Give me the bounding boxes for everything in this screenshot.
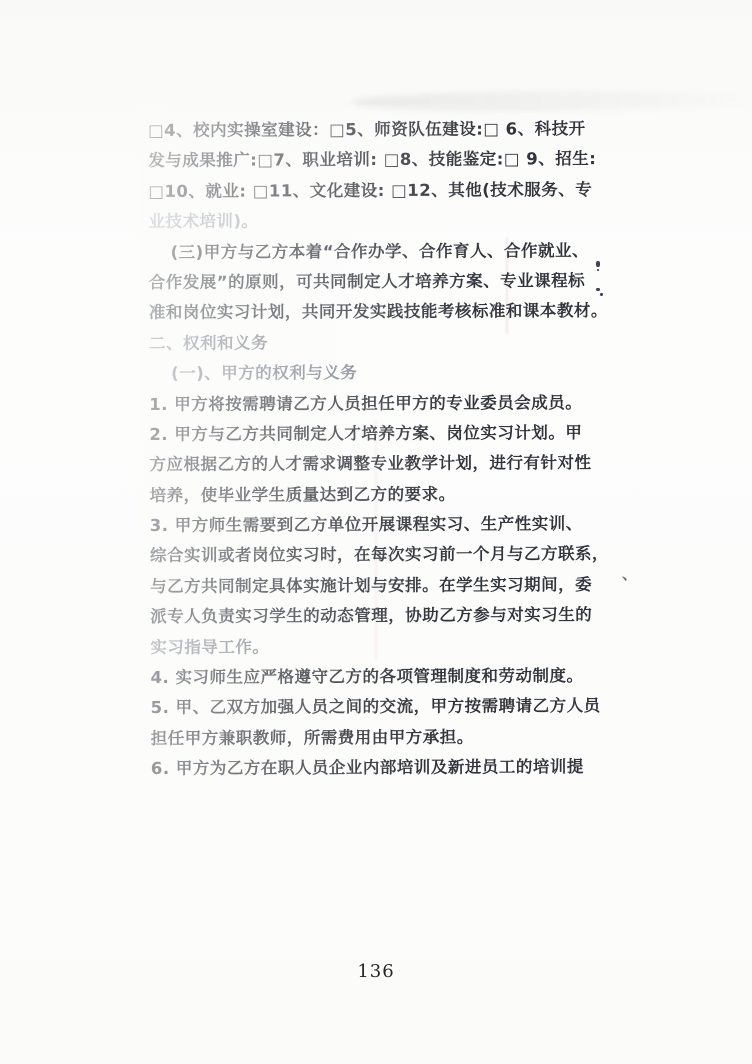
clause-3-duty-line: 派专人负责实习学生的动态管理，协助乙方参与对实习生的 <box>150 600 590 632</box>
ink-mark <box>596 261 600 267</box>
stray-punctuation-mark: 、 <box>622 563 637 584</box>
text-line: 业技术培训)。 <box>148 205 588 237</box>
clause-2-line: 2. 甲方与乙方共同制定人才培养方案、岗位实习计划。甲 <box>149 418 589 450</box>
clause-3-duty-line: 实习指导工作。 <box>150 631 590 663</box>
clause-3-line: 准和岗位实习计划，共同开发实践技能考核标准和课本教材。 <box>149 296 589 328</box>
clause-3-line: (三)甲方与乙方本着“合作办学、合作育人、合作就业、 <box>149 236 589 268</box>
ink-mark <box>600 293 603 296</box>
clause-1-line: 1. 甲方将按需聘请乙方人员担任甲方的专业委员会成员。 <box>149 388 589 420</box>
text-line: □4、校内实操室建设：□5、师资队伍建设:□ 6、科技开 <box>148 114 588 146</box>
clause-4-line: 4. 实习师生应严格遵守乙方的各项管理制度和劳动制度。 <box>150 661 590 693</box>
text-line: 发与成果推广:□7、职业培训: □8、技能鉴定:□ 9、招生: <box>148 144 588 176</box>
clause-5-line: 5. 甲、乙双方加强人员之间的交流，甲方按需聘请乙方人员 <box>151 691 591 723</box>
clause-3-duty-line: 3. 甲方师生需要到乙方单位开展课程实习、生产性实训、 <box>150 509 590 541</box>
clause-3-line: 合作发展”的原则，可共同制定人才培养方案、专业课程标 <box>149 266 589 298</box>
section-heading-rights-obligations: 二、权利和义务 <box>149 327 589 359</box>
clause-5-line: 担任甲方兼职教师，所需费用由甲方承担。 <box>151 722 591 754</box>
scanner-shadow-artifact <box>352 89 750 113</box>
clause-6-line: 6. 甲方为乙方在职人员企业内部培训及新进员工的培训提 <box>151 752 591 784</box>
clause-2-line: 方应根据乙方的人才需求调整专业教学计划，进行有针对性 <box>149 448 589 480</box>
page-number: 136 <box>0 961 752 982</box>
document-text: □4、校内实操室建设：□5、师资队伍建设:□ 6、科技开 发与成果推广:□7、职… <box>148 114 591 785</box>
ink-mark <box>597 269 599 271</box>
clause-3-duty-line: 综合实训或者岗位实习时，在每次实习前一个月与乙方联系， <box>150 540 590 572</box>
clause-3-duty-line: 与乙方共同制定具体实施计划与安排。在学生实习期间，委 <box>150 570 590 602</box>
ink-mark <box>596 288 600 291</box>
text-line: □10、就业: □11、文化建设: □12、其他(技术服务、专 <box>148 175 588 207</box>
scanned-document-page: □4、校内实操室建设：□5、师资队伍建设:□ 6、科技开 发与成果推广:□7、职… <box>0 0 752 1064</box>
clause-2-line: 培养，使毕业学生质量达到乙方的要求。 <box>150 479 590 511</box>
subsection-heading-party-a: (一)、甲方的权利与义务 <box>149 357 589 389</box>
